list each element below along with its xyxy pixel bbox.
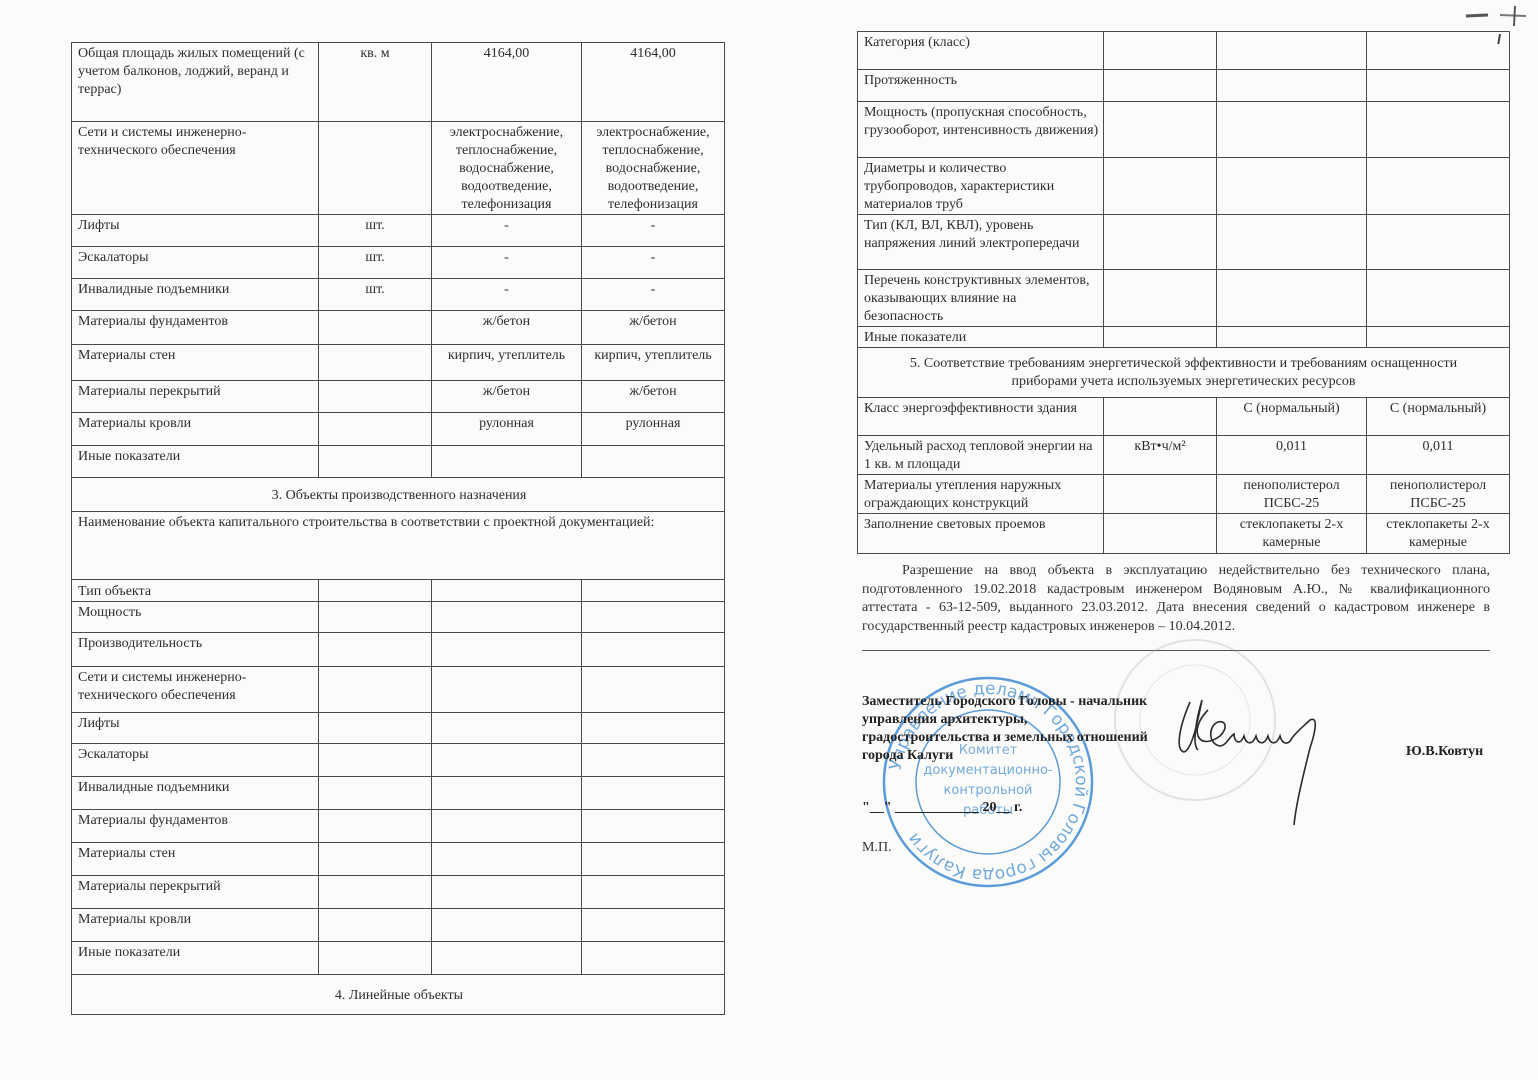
row-label: Иные показатели (72, 446, 319, 478)
row-label: Тип (КЛ, ВЛ, КВЛ), уровень напряжения ли… (858, 215, 1104, 270)
project-value (432, 909, 582, 942)
actual-value (582, 667, 725, 713)
row-label: Иные показатели (72, 942, 319, 975)
unit-cell (319, 413, 432, 446)
table-row: Перечень конструктивных элементов, оказы… (858, 270, 1510, 327)
table-row: Материалы фундаментов (72, 810, 725, 843)
note-underline (862, 650, 1490, 651)
table-row: Сети и системы инженерно-технического об… (72, 667, 725, 713)
table-row: Мощность (72, 602, 725, 633)
unit-cell: кВт•ч/м² (1104, 436, 1217, 475)
table-row: Диаметры и количество трубопроводов, хар… (858, 158, 1510, 215)
date-line: "__" ____________ 20__ г. (862, 800, 1022, 816)
unit-cell (319, 311, 432, 345)
unit-cell (1104, 158, 1217, 215)
unit-cell (319, 942, 432, 975)
table-row: Инвалидные подъемники (72, 777, 725, 810)
row-label: Мощность (72, 602, 319, 633)
row-label: Материалы перекрытий (72, 876, 319, 909)
unit-cell (319, 580, 432, 602)
table-row: Категория (класс) (858, 32, 1510, 70)
unit-cell (319, 810, 432, 843)
unit-cell (319, 633, 432, 667)
project-value (432, 446, 582, 478)
table-row: Материалы стенкирпич, утеплителькирпич, … (72, 345, 725, 381)
project-value: электроснабжение, теплоснабжение, водосн… (432, 122, 582, 215)
actual-value: 4164,00 (582, 43, 725, 122)
unit-cell (319, 122, 432, 215)
project-value (432, 810, 582, 843)
unit-cell: кв. м (319, 43, 432, 122)
unit-cell (319, 667, 432, 713)
table-row: Иные показатели (72, 446, 725, 478)
actual-value (582, 633, 725, 667)
seal-place-label: М.П. (862, 840, 892, 856)
table-row: Производительность (72, 633, 725, 667)
project-value: кирпич, утеплитель (432, 345, 582, 381)
right-table: Категория (класс)ПротяженностьМощность (… (857, 31, 1510, 554)
unit-cell: шт. (319, 279, 432, 311)
actual-value: стеклопакеты 2-х камерные (1367, 514, 1510, 554)
unit-cell (1104, 32, 1217, 70)
table-row: Иные показатели (72, 942, 725, 975)
actual-value: - (582, 247, 725, 279)
row-label: Материалы фундаментов (72, 810, 319, 843)
actual-value: С (нормальный) (1367, 398, 1510, 436)
actual-value (582, 909, 725, 942)
table-row: Мощность (пропускная способность, грузоо… (858, 102, 1510, 158)
table-row: Иные показатели (858, 327, 1510, 348)
unit-cell (1104, 514, 1217, 554)
unit-cell (319, 381, 432, 413)
actual-value (582, 942, 725, 975)
project-value (432, 744, 582, 777)
section-title: 4. Линейные объекты (72, 975, 725, 1015)
actual-value (1367, 270, 1510, 327)
table-row: Инвалидные подъемникишт.-- (72, 279, 725, 311)
actual-value: кирпич, утеплитель (582, 345, 725, 381)
actual-value (1367, 215, 1510, 270)
actual-value: - (582, 279, 725, 311)
unit-cell (1104, 102, 1217, 158)
row-label: Общая площадь жилых помещений (с учетом … (72, 43, 319, 122)
row-label: Материалы кровли (72, 413, 319, 446)
project-value (432, 580, 582, 602)
row-label: Протяженность (858, 70, 1104, 102)
row-label: Инвалидные подъемники (72, 777, 319, 810)
actual-value (1367, 158, 1510, 215)
row-label: Сети и системы инженерно-технического об… (72, 667, 319, 713)
project-value: рулонная (432, 413, 582, 446)
table-row: Протяженность (858, 70, 1510, 102)
unit-cell: шт. (319, 247, 432, 279)
left-table: Общая площадь жилых помещений (с учетом … (71, 42, 725, 1015)
row-label: Удельный расход тепловой энергии на 1 кв… (858, 436, 1104, 475)
actual-value (582, 446, 725, 478)
row-label: Перечень конструктивных элементов, оказы… (858, 270, 1104, 327)
project-value (432, 843, 582, 876)
table-row: Материалы стен (72, 843, 725, 876)
scan-marks-icon (1460, 4, 1538, 44)
table-row: Материалы перекрытий (72, 876, 725, 909)
actual-value (1367, 327, 1510, 348)
actual-value: - (582, 215, 725, 247)
project-value (432, 667, 582, 713)
unit-cell (319, 777, 432, 810)
table-row: Материалы перекрытийж/бетонж/бетон (72, 381, 725, 413)
table-row: Наименование объекта капитального строит… (72, 512, 725, 580)
project-value: - (432, 247, 582, 279)
row-label: Материалы утепления наружных ограждающих… (858, 475, 1104, 514)
row-label: Иные показатели (858, 327, 1104, 348)
actual-value: ж/бетон (582, 311, 725, 345)
project-value (432, 942, 582, 975)
table-row: Общая площадь жилых помещений (с учетом … (72, 43, 725, 122)
actual-value: пенополистерол ПСБС-25 (1367, 475, 1510, 514)
project-value (1217, 102, 1367, 158)
project-value (1217, 327, 1367, 348)
handwritten-signature-icon (1168, 690, 1328, 830)
actual-value (582, 777, 725, 810)
project-value (432, 876, 582, 909)
table-row: Тип объекта (72, 580, 725, 602)
table-row: Материалы кровли (72, 909, 725, 942)
row-label: Эскалаторы (72, 744, 319, 777)
actual-value (582, 810, 725, 843)
project-value (1217, 215, 1367, 270)
row-label: Материалы стен (72, 843, 319, 876)
unit-cell (319, 446, 432, 478)
row-label: Материалы стен (72, 345, 319, 381)
row-label: Лифты (72, 713, 319, 744)
project-value (432, 602, 582, 633)
project-value: - (432, 279, 582, 311)
actual-value (1367, 102, 1510, 158)
unit-cell (1104, 398, 1217, 436)
unit-cell (1104, 327, 1217, 348)
unit-cell (319, 602, 432, 633)
table-row: Удельный расход тепловой энергии на 1 кв… (858, 436, 1510, 475)
project-value (432, 633, 582, 667)
actual-value: рулонная (582, 413, 725, 446)
table-row: Материалы кровлирулоннаярулонная (72, 413, 725, 446)
actual-value (582, 580, 725, 602)
unit-cell (319, 876, 432, 909)
table-row: Эскалаторышт.-- (72, 247, 725, 279)
row-label: Диаметры и количество трубопроводов, хар… (858, 158, 1104, 215)
project-value (1217, 158, 1367, 215)
section-header: 5. Соответствие требованиям энергетическ… (858, 348, 1510, 398)
signatory-name: Ю.В.Ковтун (1406, 744, 1483, 760)
table-row: Сети и системы инженерно-технического об… (72, 122, 725, 215)
row-label: Класс энергоэффективности здания (858, 398, 1104, 436)
project-value (432, 777, 582, 810)
row-label: Эскалаторы (72, 247, 319, 279)
unit-cell (319, 744, 432, 777)
project-value: стеклопакеты 2-х камерные (1217, 514, 1367, 554)
row-label: Производительность (72, 633, 319, 667)
table-row: Материалы фундаментовж/бетонж/бетон (72, 311, 725, 345)
actual-value (582, 713, 725, 744)
project-value: ж/бетон (432, 381, 582, 413)
section-title: 3. Объекты производственного назначения (72, 478, 725, 512)
unit-cell (1104, 70, 1217, 102)
table-row: Класс энергоэффективности зданияС (норма… (858, 398, 1510, 436)
unit-cell (319, 713, 432, 744)
unit-cell (319, 345, 432, 381)
svg-text:контрольной: контрольной (944, 783, 1033, 798)
row-label: Инвалидные подъемники (72, 279, 319, 311)
project-value (432, 713, 582, 744)
unit-cell (1104, 270, 1217, 327)
unit-cell: шт. (319, 215, 432, 247)
row-label: Тип объекта (72, 580, 319, 602)
unit-cell (319, 909, 432, 942)
row-label: Лифты (72, 215, 319, 247)
validity-note: Разрешение на ввод объекта в эксплуатаци… (862, 562, 1490, 636)
row-label: Мощность (пропускная способность, грузоо… (858, 102, 1104, 158)
project-value (1217, 270, 1367, 327)
project-value: С (нормальный) (1217, 398, 1367, 436)
actual-value (582, 744, 725, 777)
project-value: пенополистерол ПСБС-25 (1217, 475, 1367, 514)
actual-value (582, 602, 725, 633)
project-value (1217, 70, 1367, 102)
row-label: Категория (класс) (858, 32, 1104, 70)
actual-value: ж/бетон (582, 381, 725, 413)
object-name-label: Наименование объекта капитального строит… (72, 512, 725, 580)
unit-cell (1104, 475, 1217, 514)
section-header: 3. Объекты производственного назначения (72, 478, 725, 512)
svg-text:документационно-: документационно- (923, 763, 1053, 778)
row-label: Заполнение световых проемов (858, 514, 1104, 554)
table-row: Лифтышт.-- (72, 215, 725, 247)
project-value: 0,011 (1217, 436, 1367, 475)
project-value (1217, 32, 1367, 70)
row-label: Материалы кровли (72, 909, 319, 942)
row-label: Материалы перекрытий (72, 381, 319, 413)
section-header: 4. Линейные объекты (72, 975, 725, 1015)
actual-value (582, 876, 725, 909)
table-row: Эскалаторы (72, 744, 725, 777)
table-row: Лифты (72, 713, 725, 744)
unit-cell (1104, 215, 1217, 270)
actual-value: электроснабжение, теплоснабжение, водосн… (582, 122, 725, 215)
project-value: ж/бетон (432, 311, 582, 345)
actual-value (582, 843, 725, 876)
signatory-title: Заместитель Городского Головы - начальни… (862, 693, 1152, 765)
project-value: - (432, 215, 582, 247)
table-row: Материалы утепления наружных ограждающих… (858, 475, 1510, 514)
actual-value: 0,011 (1367, 436, 1510, 475)
row-label: Материалы фундаментов (72, 311, 319, 345)
table-row: Тип (КЛ, ВЛ, КВЛ), уровень напряжения ли… (858, 215, 1510, 270)
section-title: 5. Соответствие требованиям энергетическ… (858, 348, 1510, 398)
table-row: Заполнение световых проемовстеклопакеты … (858, 514, 1510, 554)
actual-value (1367, 70, 1510, 102)
project-value: 4164,00 (432, 43, 582, 122)
row-label: Сети и системы инженерно-технического об… (72, 122, 319, 215)
unit-cell (319, 843, 432, 876)
